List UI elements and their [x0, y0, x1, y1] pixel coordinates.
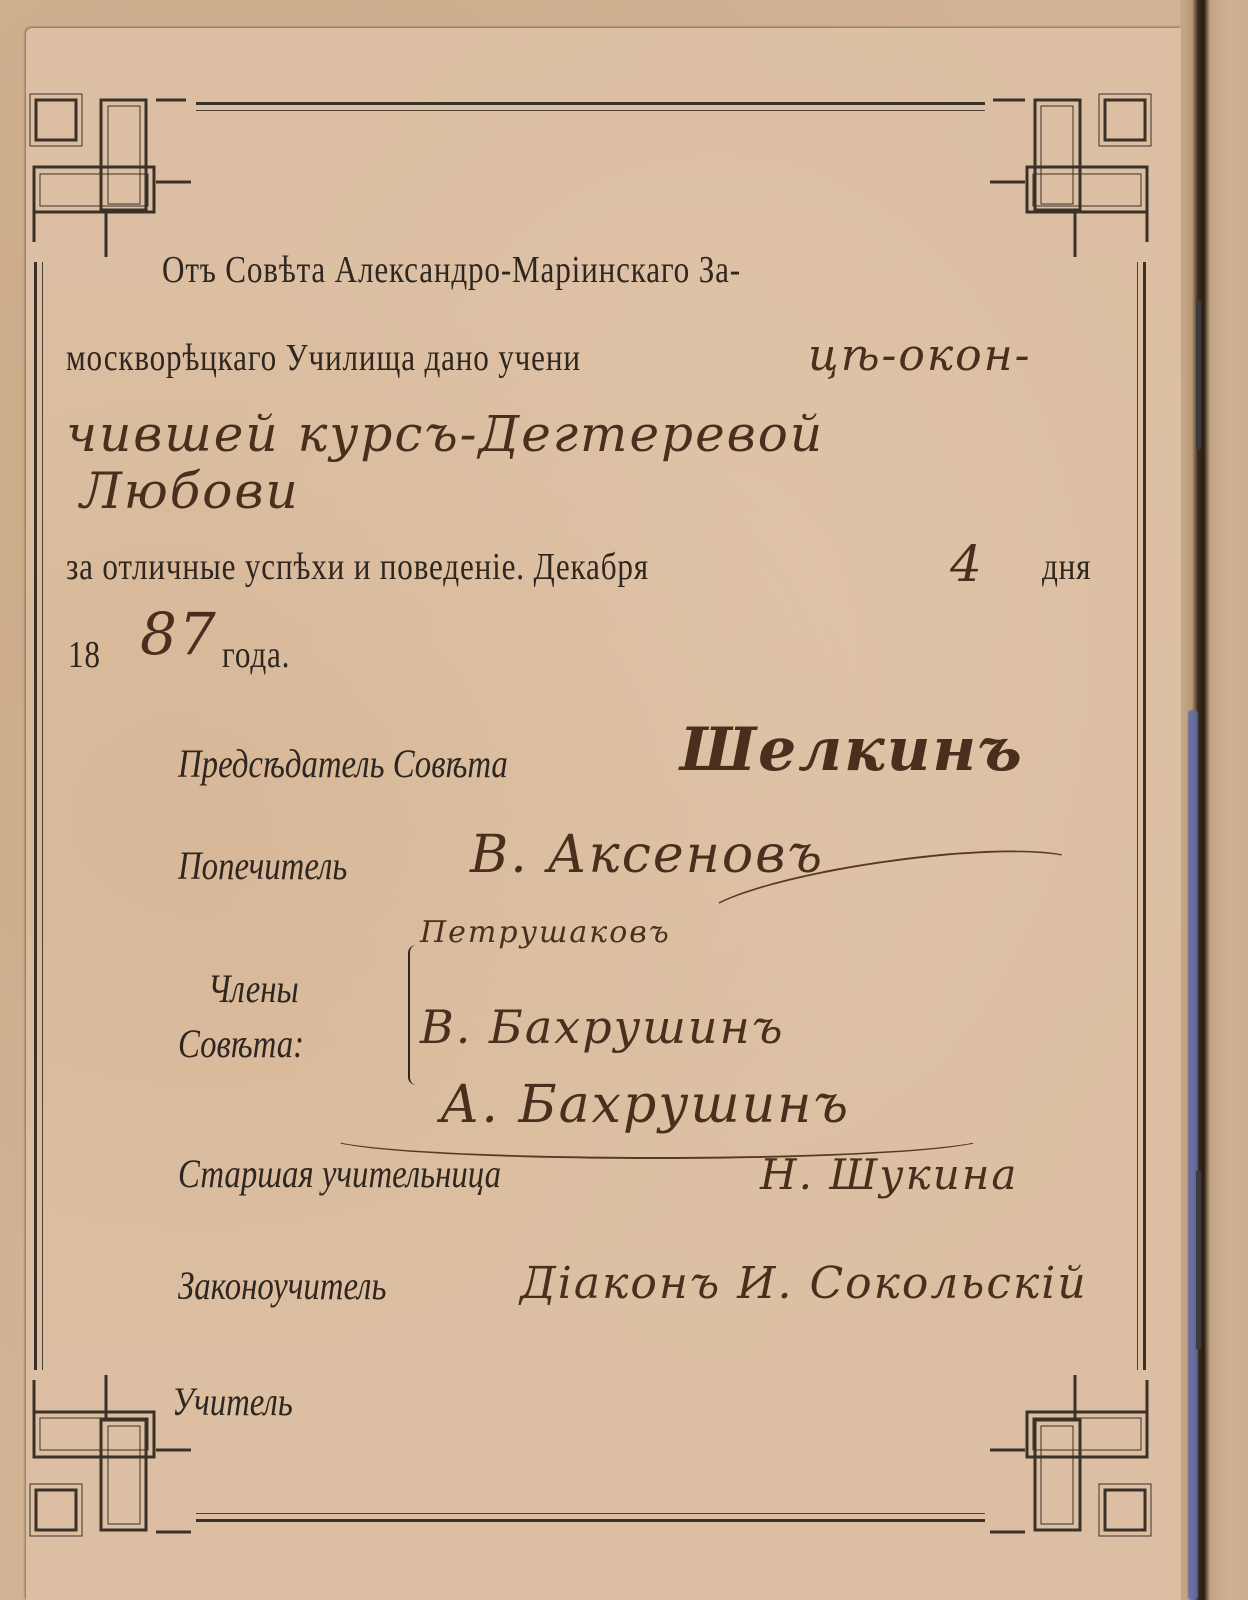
- signature-law-teacher: Діаконъ И. Сокольскій: [520, 1258, 1088, 1309]
- signature-trustee: В. Аксеновъ: [470, 825, 824, 885]
- handwritten-fill-line-2: цѣ-окон-: [808, 330, 1032, 381]
- printed-line-2: москворѣцкаго Училища дано учени: [66, 336, 581, 380]
- printed-day-word: дня: [1042, 545, 1091, 589]
- label-senior-teacher: Старшая учительница: [178, 1150, 501, 1197]
- label-trustee: Попечитель: [178, 842, 347, 889]
- printed-year-suffix: года.: [222, 633, 290, 677]
- handwritten-day: 4: [950, 535, 984, 593]
- signature-member-1: Петрушаковъ: [420, 915, 671, 950]
- corner-ornament-bottom-left: [26, 1370, 196, 1540]
- label-law-teacher: Законоучитель: [178, 1262, 386, 1309]
- staple-top: [1196, 300, 1201, 450]
- label-chairman: Предсѣдатель Совѣта: [178, 740, 508, 787]
- printed-line-merit: за отличные успѣхи и поведеніе. Декабря: [66, 545, 649, 589]
- corner-ornament-top-left: [26, 92, 196, 262]
- label-members-line-1: Члены: [208, 965, 299, 1012]
- handwritten-year-digits: 87: [140, 600, 218, 668]
- signature-chairman: Шелкинъ: [680, 715, 1024, 785]
- knot-ornament-icon: [26, 92, 196, 262]
- knot-ornament-icon: [26, 1370, 196, 1540]
- staple-bottom: [1196, 1170, 1201, 1350]
- corner-ornament-top-right: [985, 92, 1155, 262]
- members-brace: [408, 945, 420, 1085]
- handwritten-line-4-name: Любови: [80, 462, 300, 520]
- signature-senior-teacher: Н. Шукина: [760, 1150, 1018, 1199]
- label-members-line-2: Совѣта:: [178, 1020, 304, 1067]
- binding-thread: [1188, 710, 1198, 1600]
- printed-line-1: Отъ Совѣта Александро-Маріинскаго За-: [162, 248, 741, 292]
- printed-year-prefix: 18: [68, 633, 101, 677]
- label-teacher: Учитель: [172, 1378, 293, 1425]
- knot-ornament-icon: [985, 92, 1155, 262]
- handwritten-line-3: чившей курсъ-Дегтеревой: [66, 405, 824, 463]
- signature-member-2: В. Бахрушинъ: [420, 1000, 785, 1054]
- knot-ornament-icon: [985, 1370, 1155, 1540]
- corner-ornament-bottom-right: [985, 1370, 1155, 1540]
